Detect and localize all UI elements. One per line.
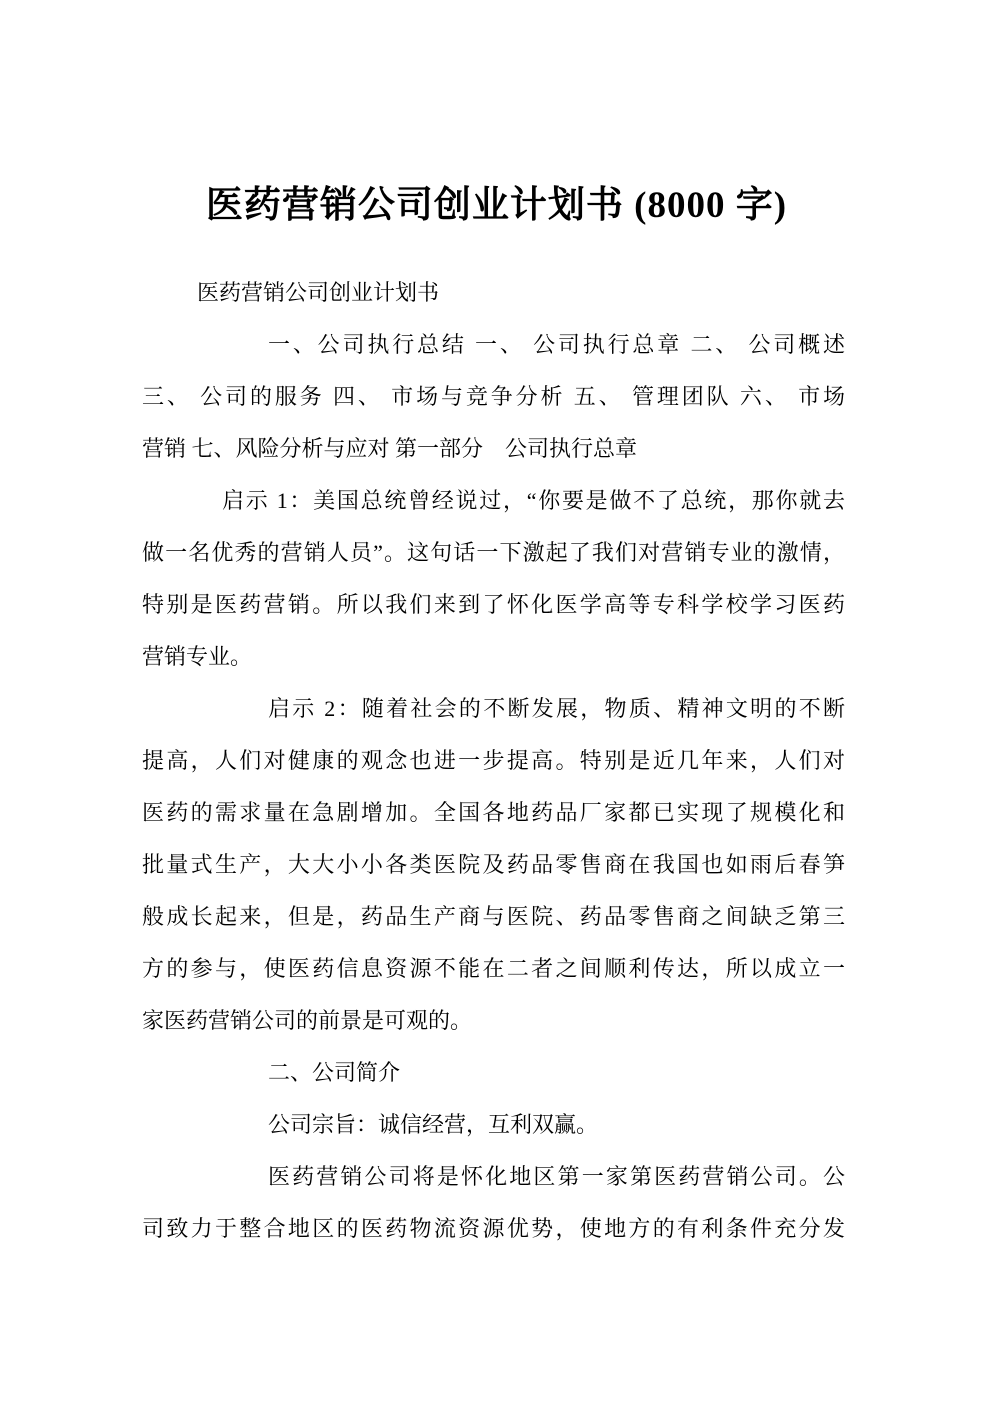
document-body: 医药营销公司创业计划书一、公司执行总结 一、 公司执行总章 二、 公司概述三、 …: [142, 267, 845, 1255]
text-line: 二、公司简介: [142, 1047, 845, 1099]
text-line: 提高，人们对健康的观念也进一步提高。特别是近几年来，人们对: [142, 735, 845, 787]
text-line: 启示 2：随着社会的不断发展，物质、精神文明的不断: [142, 683, 845, 735]
text-line: 方的参与，使医药信息资源不能在二者之间顺利传达，所以成立一: [142, 943, 845, 995]
text-line: 三、 公司的服务 四、 市场与竞争分析 五、 管理团队 六、 市场: [142, 371, 845, 423]
text-line: 营销专业。: [142, 631, 845, 683]
text-line: 做一名优秀的营销人员”。这句话一下激起了我们对营销专业的激情，: [142, 527, 845, 579]
text-line: 般成长起来，但是，药品生产商与医院、药品零售商之间缺乏第三: [142, 891, 845, 943]
document-title: 医药营销公司创业计划书 (8000 字): [0, 180, 993, 232]
text-line: 启示 1：美国总统曾经说过，“你要是做不了总统，那你就去: [142, 475, 845, 527]
text-line: 医药营销公司创业计划书: [142, 267, 845, 319]
text-line: 医药营销公司将是怀化地区第一家第医药营销公司。公: [142, 1151, 845, 1203]
text-line: 一、公司执行总结 一、 公司执行总章 二、 公司概述: [142, 319, 845, 371]
text-line: 医药的需求量在急剧增加。全国各地药品厂家都已实现了规模化和: [142, 787, 845, 839]
text-line: 批量式生产，大大小小各类医院及药品零售商在我国也如雨后春笋: [142, 839, 845, 891]
text-line: 营销 七、风险分析与应对 第一部分 公司执行总章: [142, 423, 845, 475]
document-page: 医药营销公司创业计划书 (8000 字) 医药营销公司创业计划书一、公司执行总结…: [0, 0, 993, 1404]
text-line: 司致力于整合地区的医药物流资源优势，使地方的有利条件充分发: [142, 1203, 845, 1255]
text-line: 公司宗旨：诚信经营，互利双赢。: [142, 1099, 845, 1151]
text-line: 特别是医药营销。所以我们来到了怀化医学高等专科学校学习医药: [142, 579, 845, 631]
text-line: 家医药营销公司的前景是可观的。: [142, 995, 845, 1047]
